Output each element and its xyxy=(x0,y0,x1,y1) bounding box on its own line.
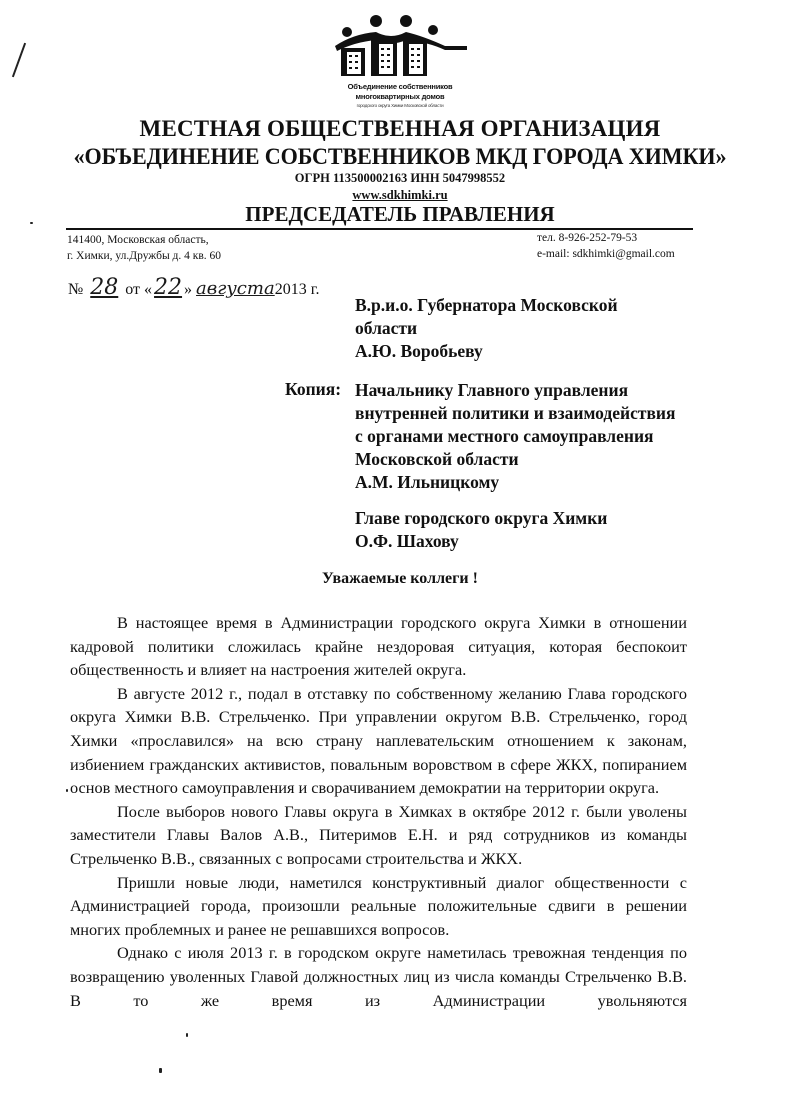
body-paragraph: В августе 2012 г., подал в отставку по с… xyxy=(70,682,687,800)
phone: тел. 8-926-252-79-53 xyxy=(537,230,675,246)
postal-address: 141400, Московская область, г. Химки, ул… xyxy=(67,232,221,264)
position-title: ПРЕДСЕДАТЕЛЬ ПРАВЛЕНИЯ xyxy=(0,202,800,227)
scan-speck xyxy=(66,789,68,792)
addressee-line: А.Ю. Воробьеву xyxy=(355,340,618,363)
letter-month: августа xyxy=(196,278,275,299)
number-label: № xyxy=(68,281,83,298)
organization-logo xyxy=(333,12,468,78)
scan-speck xyxy=(186,1033,188,1037)
address-line2: г. Химки, ул.Дружбы д. 4 кв. 60 xyxy=(67,248,221,264)
body-paragraph: Однако с июля 2013 г. в городском округе… xyxy=(70,941,687,1012)
copy-line: Московской области xyxy=(355,448,676,471)
organization-type: МЕСТНАЯ ОБЩЕСТВЕННАЯ ОРГАНИЗАЦИЯ xyxy=(0,116,800,142)
addressee-line: В.р.и.о. Губернатора Московской xyxy=(355,294,618,317)
address-line1: 141400, Московская область, xyxy=(67,232,221,248)
copy-line: О.Ф. Шахову xyxy=(355,530,607,553)
copy-line: с органами местного самоуправления xyxy=(355,425,676,448)
logo-caption-line3: городского округа Химки Московской облас… xyxy=(320,102,480,109)
pen-mark xyxy=(12,43,26,78)
addressee-block: В.р.и.о. Губернатора Московской области … xyxy=(355,294,618,363)
letter-body: В настоящее время в Администрации городс… xyxy=(70,611,687,1012)
copy-line: А.М. Ильницкому xyxy=(355,471,676,494)
date-from-label: от « xyxy=(125,281,152,298)
logo-caption-line1: Объединение собственников xyxy=(320,82,480,92)
letter-year: 2013 г. xyxy=(275,281,320,298)
copy-recipient-1: Начальнику Главного управления внутренне… xyxy=(355,379,676,494)
body-paragraph: В настоящее время в Администрации городс… xyxy=(70,611,687,682)
body-paragraph: Пришли новые люди, наметился конструктив… xyxy=(70,871,687,942)
buildings-people-icon xyxy=(333,12,468,78)
website-link[interactable]: www.sdkhimki.ru xyxy=(0,188,800,203)
addressee-line: области xyxy=(355,317,618,340)
logo-caption-line2: многоквартирных домов xyxy=(320,92,480,102)
copy-line: Начальнику Главного управления xyxy=(355,379,676,402)
date-day-close: » xyxy=(184,281,192,298)
copy-line: Главе городского округа Химки xyxy=(355,507,607,530)
logo-caption: Объединение собственников многоквартирны… xyxy=(320,82,480,109)
email: e-mail: sdkhimki@gmail.com xyxy=(537,246,675,262)
copy-line: внутренней политики и взаимодействия xyxy=(355,402,676,425)
contact-info: тел. 8-926-252-79-53 e-mail: sdkhimki@gm… xyxy=(537,230,675,262)
body-paragraph: После выборов нового Главы округа в Химк… xyxy=(70,800,687,871)
salutation: Уважаемые коллеги ! xyxy=(0,570,800,588)
scan-speck xyxy=(159,1068,162,1073)
letter-number: 28 xyxy=(87,275,121,300)
letter-day: 22 xyxy=(152,275,184,300)
scan-speck xyxy=(30,222,33,224)
copy-label: Копия: xyxy=(285,379,341,400)
copy-recipient-2: Главе городского округа Химки О.Ф. Шахов… xyxy=(355,507,607,553)
organization-name: «ОБЪЕДИНЕНИЕ СОБСТВЕННИКОВ МКД ГОРОДА ХИ… xyxy=(16,144,784,170)
registration-numbers: ОГРН 113500002163 ИНН 5047998552 xyxy=(0,171,800,186)
letter-reference: № 28 от «22» августа2013 г. xyxy=(68,275,319,300)
